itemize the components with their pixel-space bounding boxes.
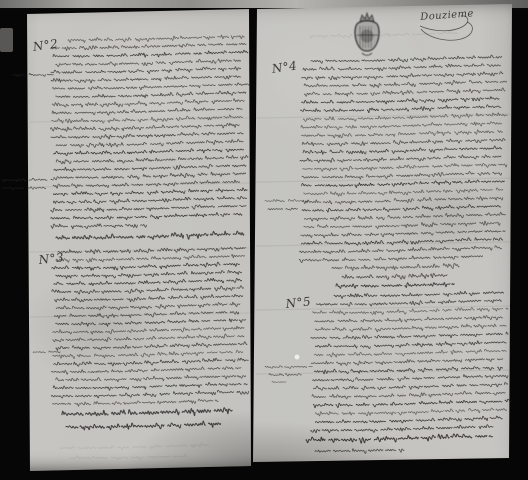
script-line [315, 316, 503, 323]
script-line [336, 283, 454, 289]
script-line [302, 97, 500, 104]
script-line [53, 399, 219, 406]
script-line [60, 443, 209, 449]
stamp-blot [361, 30, 374, 43]
script-line [302, 205, 501, 213]
script-line [302, 171, 502, 178]
script-line [54, 164, 246, 171]
paper-hole-spot [295, 355, 300, 360]
script-line [56, 342, 247, 351]
script-line [51, 390, 248, 398]
script-line [56, 375, 246, 381]
script-line [342, 273, 447, 279]
ink-layer [0, 0, 528, 480]
stamp-stroke [362, 53, 372, 55]
script-line [312, 391, 505, 399]
script-line [300, 105, 500, 113]
script-line [53, 83, 250, 90]
script-line [304, 221, 500, 228]
script-line [56, 302, 240, 310]
script-line [315, 341, 506, 349]
script-line [54, 172, 246, 180]
script-line [53, 326, 244, 334]
script-line [53, 50, 248, 57]
script-line [53, 383, 247, 391]
script-line [315, 324, 506, 332]
entry-number-3: N°3 [38, 250, 65, 267]
script-line [54, 358, 249, 366]
script-line [52, 108, 242, 115]
script-line [303, 197, 503, 204]
script-line [68, 35, 244, 42]
script-line [299, 256, 482, 263]
script-line [272, 381, 286, 382]
script-line [54, 294, 242, 302]
script-line [303, 64, 500, 71]
script-line [53, 334, 244, 342]
script-line [56, 254, 245, 262]
script-line [303, 146, 502, 154]
script-line [302, 72, 503, 80]
script-line [302, 138, 505, 146]
script-line [313, 399, 510, 408]
script-line [51, 132, 243, 139]
script-line [56, 139, 243, 147]
script-line [311, 332, 508, 339]
script-line [70, 454, 187, 459]
script-line [310, 31, 458, 38]
script-line [56, 231, 244, 239]
script-line [301, 230, 505, 237]
script-line [304, 88, 505, 96]
script-line [301, 130, 502, 138]
entry-number-5: N°5 [285, 294, 312, 311]
script-line [315, 416, 502, 423]
fold-creases [30, 114, 510, 374]
script-line [51, 367, 241, 374]
script-line [311, 425, 494, 433]
script-line [268, 208, 298, 210]
script-line [56, 91, 246, 98]
script-line [301, 122, 502, 130]
ink-stamp-icon [355, 13, 379, 55]
script-line [332, 263, 459, 270]
script-line [51, 213, 242, 220]
script-line [54, 278, 242, 285]
script-line [334, 291, 504, 298]
stamp-stroke [360, 13, 374, 21]
script-line [315, 408, 506, 416]
script-line [51, 43, 246, 50]
script-line [56, 319, 246, 326]
script-line [304, 80, 507, 87]
script-line [303, 163, 507, 171]
script-line [2, 178, 53, 182]
script-line [52, 262, 240, 270]
script-line [66, 421, 221, 430]
script-line [52, 286, 244, 294]
script-line [311, 359, 503, 366]
script-line [300, 155, 501, 163]
script-line [2, 187, 46, 190]
script-line [53, 188, 247, 196]
script-line [52, 99, 244, 108]
script-line [313, 375, 508, 382]
script-line [51, 76, 241, 83]
script-line [54, 149, 244, 156]
script-line [56, 270, 242, 278]
script-line [304, 188, 503, 196]
script-line [265, 366, 312, 369]
script-line [265, 199, 308, 202]
script-line [56, 59, 241, 66]
script-line [316, 300, 501, 307]
script-line [311, 55, 502, 63]
script-line [13, 73, 53, 76]
script-line [54, 312, 238, 319]
script-line [51, 123, 240, 131]
script-line [51, 67, 241, 74]
script-line [315, 349, 507, 357]
script-line [51, 205, 246, 212]
script-line [53, 350, 243, 358]
script-line [304, 212, 505, 221]
script-line [314, 383, 508, 391]
script-line [62, 408, 232, 416]
handwriting-left-page [2, 35, 250, 460]
scanned-register-image: N°2 N°3 N°4 N°5 Douzieme [0, 0, 528, 480]
script-line [56, 155, 248, 163]
script-line [300, 246, 502, 254]
script-line [33, 351, 60, 353]
script-line [306, 434, 492, 443]
script-line [51, 224, 146, 229]
script-line [54, 196, 247, 204]
script-line [315, 449, 404, 454]
